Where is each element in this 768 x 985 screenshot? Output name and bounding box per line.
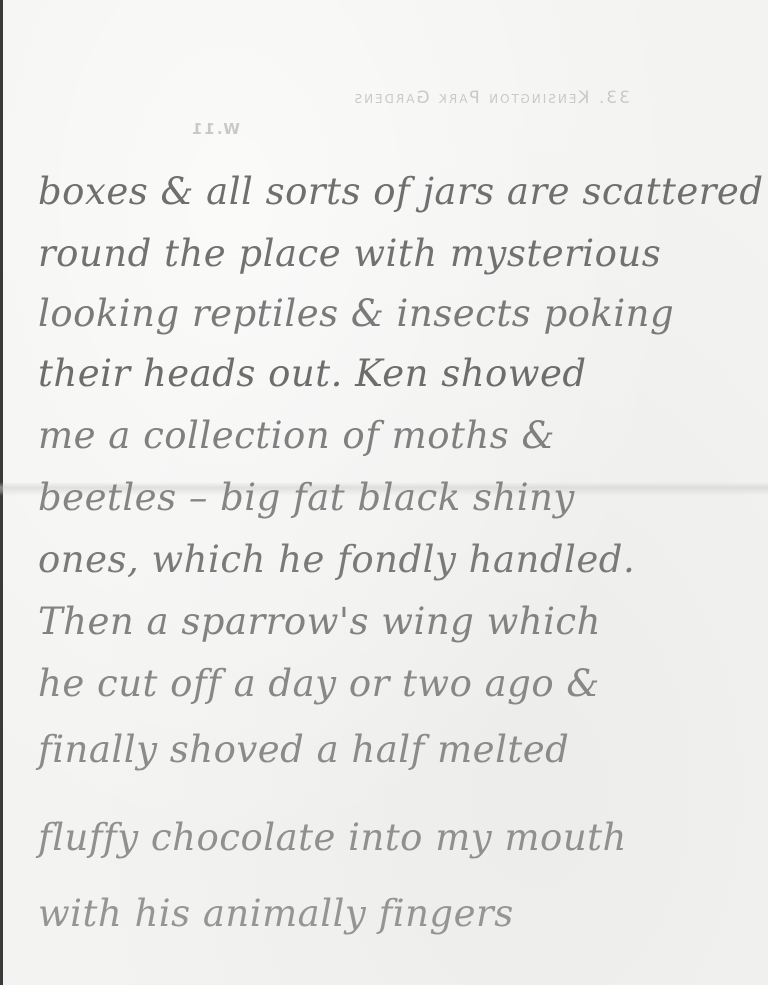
text-line: looking reptiles & insects poking: [38, 282, 758, 346]
text-line: boxes & all sorts of jars are scattered: [38, 160, 758, 224]
text-line: round the place with mysterious: [38, 222, 758, 286]
text-line: he cut off a day or two ago &: [38, 652, 758, 716]
letter-page: 33. Kensington Park Gardens W.11 boxes &…: [0, 0, 768, 985]
text-line: me a collection of moths &: [38, 404, 758, 468]
text-line: finally shoved a half melted: [38, 718, 758, 782]
letterhead-district: W.11: [170, 120, 630, 138]
letterhead-show-through: 33. Kensington Park Gardens W.11: [170, 88, 630, 138]
handwritten-text: boxes & all sorts of jars are scattered …: [38, 160, 758, 946]
text-line: Then a sparrow's wing which: [38, 590, 758, 654]
text-line: with his animally fingers: [38, 882, 758, 946]
text-line: their heads out. Ken showed: [38, 342, 758, 406]
text-line: beetles – big fat black shiny: [38, 466, 758, 530]
text-line: fluffy chocolate into my mouth: [38, 806, 758, 870]
text-line: ones, which he fondly handled.: [38, 528, 758, 592]
letterhead-address: 33. Kensington Park Gardens: [170, 88, 630, 108]
